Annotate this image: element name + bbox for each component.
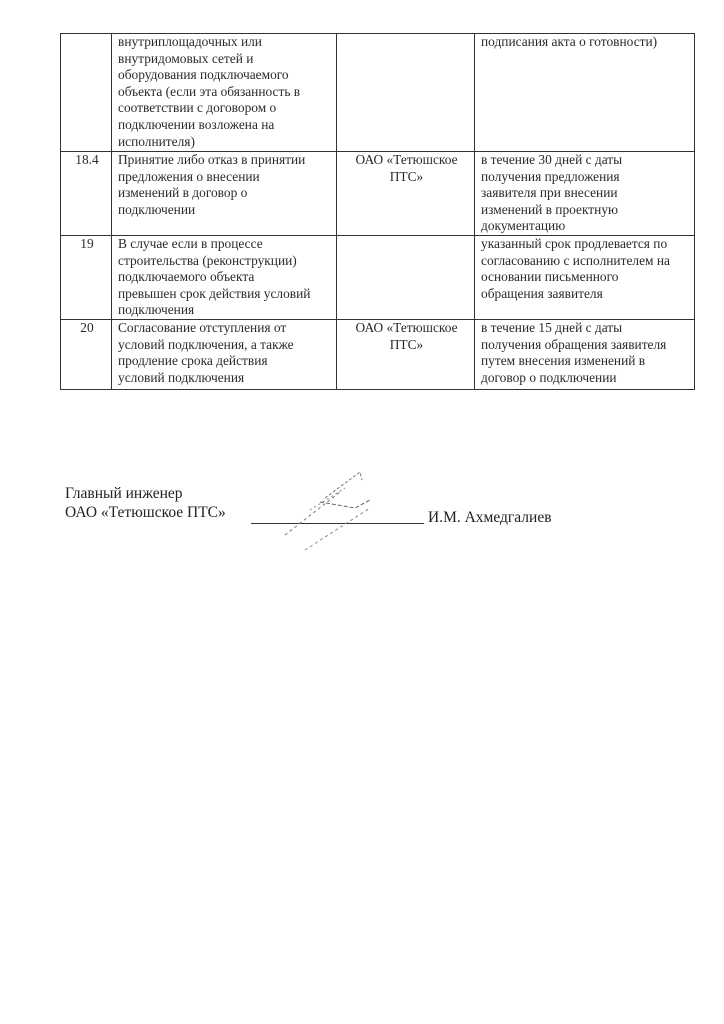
- position-title: Главный инженер: [65, 484, 226, 503]
- action-cell-line: строительства (реконструкции): [118, 253, 332, 270]
- action-cell: В случае если в процессестроительства (р…: [112, 236, 337, 320]
- table-row: 20Согласование отступления отусловий под…: [61, 319, 695, 389]
- term-cell: в течение 30 дней с датыполучения предло…: [475, 152, 695, 236]
- table-row: внутриплощадочных иливнутридомовых сетей…: [61, 34, 695, 152]
- action-cell-line: подключении: [118, 202, 332, 219]
- term-cell-line: путем внесения изменений в: [481, 353, 690, 370]
- action-cell: внутриплощадочных иливнутридомовых сетей…: [112, 34, 337, 152]
- action-cell-line: оборудования подключаемого: [118, 67, 332, 84]
- organization-name: ОАО «Тетюшское ПТС»: [65, 503, 226, 522]
- action-cell-line: предложения о внесении: [118, 169, 332, 186]
- term-cell-line: заявителя при внесении: [481, 185, 690, 202]
- table-row: 18.4Принятие либо отказ в принятиипредло…: [61, 152, 695, 236]
- table-row: 19В случае если в процессестроительства …: [61, 236, 695, 320]
- action-cell-line: исполнителя): [118, 134, 332, 151]
- action-cell-line: внутриплощадочных или: [118, 34, 332, 51]
- action-cell-line: подключаемого объекта: [118, 269, 332, 286]
- executor-cell-line: ОАО «Тетюшское: [343, 320, 470, 337]
- item-number-cell: 18.4: [61, 152, 112, 236]
- document-page: внутриплощадочных иливнутридомовых сетей…: [0, 0, 724, 1024]
- signer-name: И.М. Ахмедгалиев: [428, 508, 552, 527]
- action-cell-line: подключения: [118, 302, 332, 319]
- action-cell-line: изменений в договор о: [118, 185, 332, 202]
- action-cell-line: условий подключения, а также: [118, 337, 332, 354]
- action-cell-line: подключении возложена на: [118, 117, 332, 134]
- term-cell-line: в течение 15 дней с даты: [481, 320, 690, 337]
- term-cell-line: обращения заявителя: [481, 286, 690, 303]
- item-number-cell: 20: [61, 319, 112, 389]
- term-cell-line: документацию: [481, 218, 690, 235]
- action-cell-line: Согласование отступления от: [118, 320, 332, 337]
- action-cell-line: Принятие либо отказ в принятии: [118, 152, 332, 169]
- term-cell-line: подписания акта о готовности): [481, 34, 690, 51]
- term-cell-line: получения обращения заявителя: [481, 337, 690, 354]
- term-cell-line: согласованию с исполнителем на: [481, 253, 690, 270]
- executor-cell-line: ПТС»: [343, 337, 470, 354]
- action-cell-line: продление срока действия: [118, 353, 332, 370]
- term-cell-line: получения предложения: [481, 169, 690, 186]
- executor-cell: [337, 34, 475, 152]
- action-cell-line: превышен срок действия условий: [118, 286, 332, 303]
- executor-cell-line: ПТС»: [343, 169, 470, 186]
- term-cell: подписания акта о готовности): [475, 34, 695, 152]
- term-cell-line: основании письменного: [481, 269, 690, 286]
- handwritten-signature: [265, 470, 385, 560]
- executor-cell-line: ОАО «Тетюшское: [343, 152, 470, 169]
- executor-cell: [337, 236, 475, 320]
- term-cell-line: договор о подключении: [481, 370, 690, 387]
- action-cell-line: соответствии с договором о: [118, 100, 332, 117]
- item-number-cell: [61, 34, 112, 152]
- term-cell-line: в течение 30 дней с даты: [481, 152, 690, 169]
- signature-block: Главный инженер ОАО «Тетюшское ПТС»: [65, 484, 226, 522]
- term-cell-line: изменений в проектную: [481, 202, 690, 219]
- action-cell: Согласование отступления отусловий подкл…: [112, 319, 337, 389]
- connection-schedule-table: внутриплощадочных иливнутридомовых сетей…: [60, 33, 695, 390]
- executor-cell: ОАО «ТетюшскоеПТС»: [337, 319, 475, 389]
- action-cell-line: внутридомовых сетей и: [118, 51, 332, 68]
- term-cell: в течение 15 дней с датыполучения обраще…: [475, 319, 695, 389]
- term-cell-line: указанный срок продлевается по: [481, 236, 690, 253]
- action-cell-line: объекта (если эта обязанность в: [118, 84, 332, 101]
- item-number-cell: 19: [61, 236, 112, 320]
- action-cell-line: условий подключения: [118, 370, 332, 387]
- action-cell: Принятие либо отказ в принятиипредложени…: [112, 152, 337, 236]
- action-cell-line: В случае если в процессе: [118, 236, 332, 253]
- executor-cell: ОАО «ТетюшскоеПТС»: [337, 152, 475, 236]
- term-cell: указанный срок продлевается посогласован…: [475, 236, 695, 320]
